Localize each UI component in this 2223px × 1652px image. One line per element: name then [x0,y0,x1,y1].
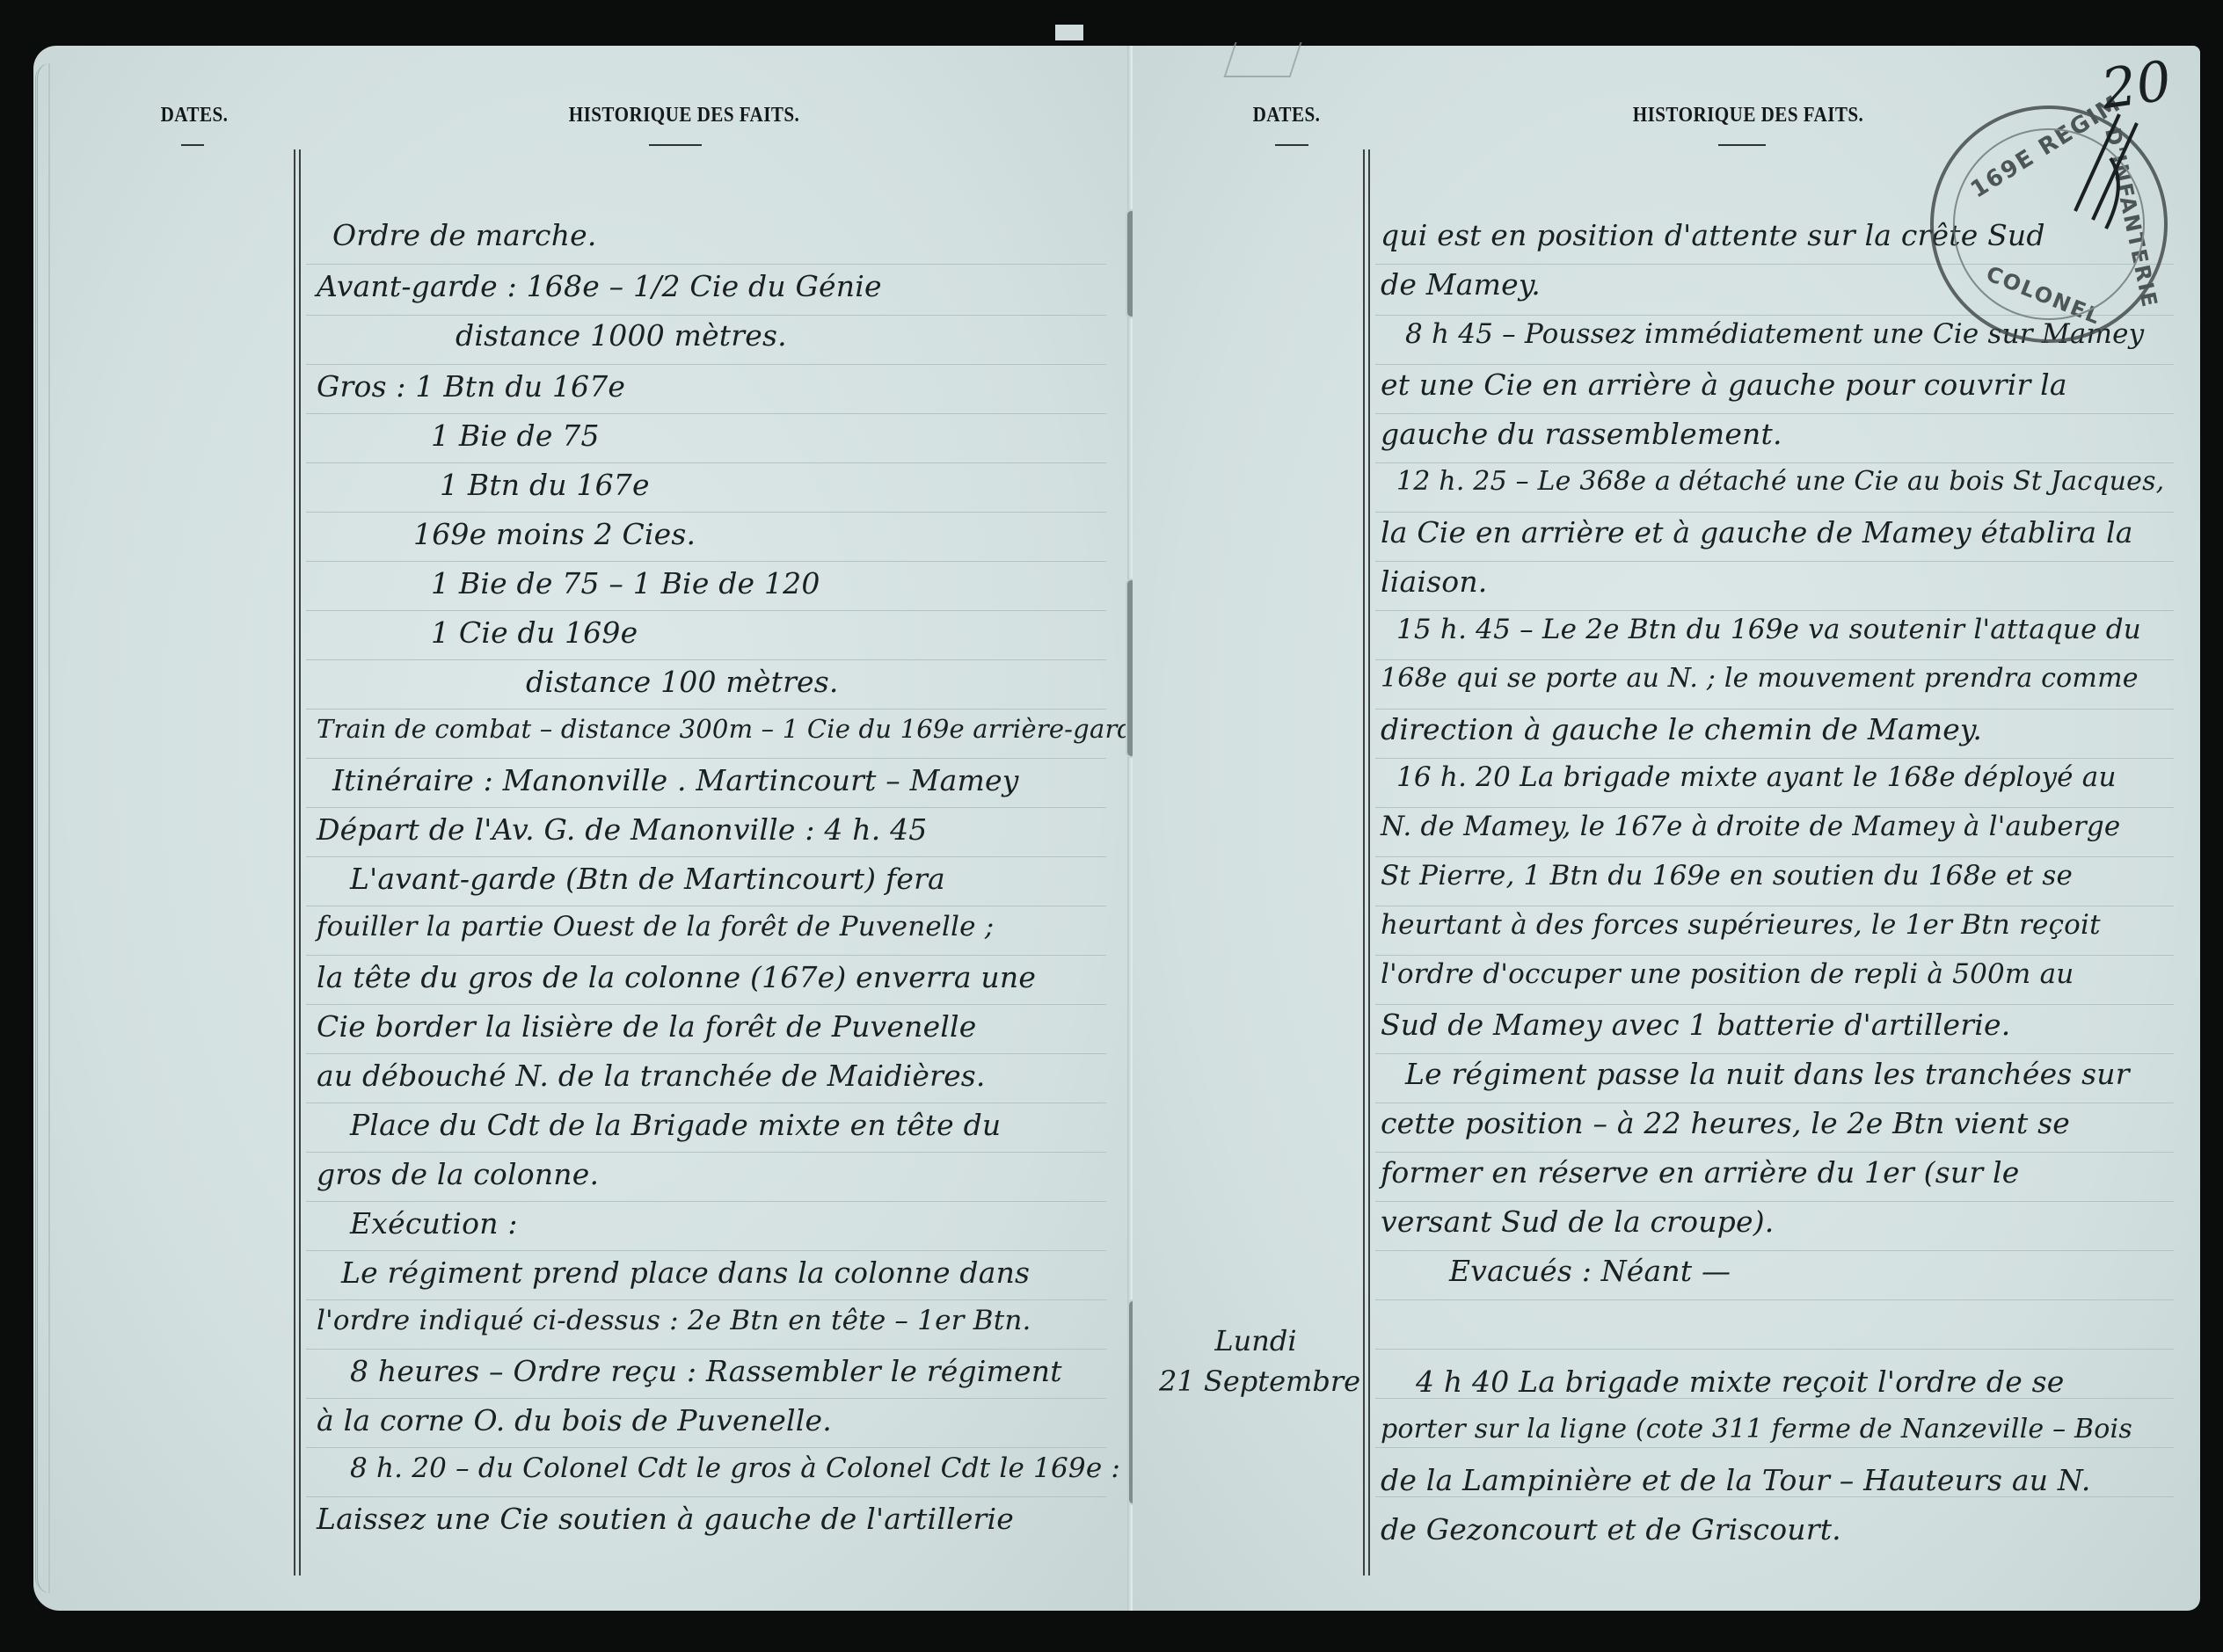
entry-line: à la corne O. du bois de Puvenelle. [317,1403,832,1437]
entry-line: Départ de l'Av. G. de Manonville : 4 h. … [317,812,927,847]
ruled-line [306,1103,1106,1103]
entry-line: gros de la colonne. [317,1157,599,1191]
entry-line: Avant-garde : 168e – 1/2 Cie du Génie [317,269,882,303]
ruled-line [306,1250,1106,1251]
entry-line: Le régiment passe la nuit dans les tranc… [1405,1057,2130,1091]
entry-line: et une Cie en arrière à gauche pour couv… [1381,368,2067,402]
entry-line: la tête du gros de la colonne (167e) env… [317,960,1036,994]
ruled-line [306,709,1106,710]
entry-line: St Pierre, 1 Btn du 169e en soutien du 1… [1381,860,2073,891]
ruled-line [306,1398,1106,1399]
ruled-line [306,807,1106,808]
ruled-line [306,659,1106,660]
ruled-line [1375,364,2174,365]
entry-line: fouiller la partie Ouest de la forêt de … [317,911,994,942]
ruled-line [306,1496,1106,1497]
ruled-line [306,1053,1106,1054]
ruled-line [306,1004,1106,1005]
ruled-line [306,315,1106,316]
ruled-line [1375,1447,2174,1448]
entry-line: 169e moins 2 Cies. [413,517,696,551]
ruled-line [1375,856,2174,857]
entry-line: Exécution : [350,1206,518,1241]
tape-mark [1224,42,1302,77]
entry-line: L'avant-garde (Btn de Martincourt) fera [350,862,945,896]
entry-line: 4 h 40 La brigade mixte reçoit l'ordre d… [1416,1365,2064,1399]
historique-header: HISTORIQUE DES FAITS. [529,104,839,127]
ruled-line [1375,512,2174,513]
entry-line: 1 Cie du 169e [431,615,638,650]
entry-line: 1 Btn du 167e [440,468,650,502]
entry-line: N. de Mamey, le 167e à droite de Mamey à… [1381,811,2120,842]
entry-line: direction à gauche le chemin de Mamey. [1381,712,1982,746]
ruled-line [306,856,1106,857]
entry-line: 12 h. 25 – Le 368e a détaché une Cie au … [1396,466,2164,497]
entry-line: former en réserve en arrière du 1er (sur… [1381,1155,2019,1190]
entry-line: de Mamey. [1381,267,1541,302]
dates-header: DATES. [144,104,244,127]
ruled-line [1375,955,2174,956]
date-date: 21 Septembre [1159,1361,1352,1401]
ruled-line [306,364,1106,365]
entry-line: distance 1000 mètres. [456,318,787,353]
entry-line: de Gezoncourt et de Griscourt. [1381,1512,1841,1546]
entry-line: Place du Cdt de la Brigade mixte en tête… [350,1108,1001,1142]
entry-line: l'ordre indiqué ci-dessus : 2e Btn en tê… [317,1305,1031,1336]
ruled-line [1375,807,2174,808]
date-day: Lundi [1159,1321,1352,1361]
entry-line: cette position – à 22 heures, le 2e Btn … [1381,1106,2070,1140]
entry-line: Gros : 1 Btn du 167e [317,369,625,404]
dates-column-divider [294,149,301,1576]
entry-line: la Cie en arrière et à gauche de Mamey é… [1381,515,2133,549]
entry-line: 1 Bie de 75 – 1 Bie de 120 [431,566,820,600]
stamp-bottom-text: COLONEL [1983,261,2105,330]
entry-line: Le régiment prend place dans la colonne … [341,1255,1030,1290]
entry-line: 16 h. 20 La brigade mixte ayant le 168e … [1396,761,2117,793]
ruled-line [1375,1053,2174,1054]
entry-line: Train de combat – distance 300m – 1 Cie … [317,714,1149,744]
entry-line: l'ordre d'occuper une position de repli … [1381,958,2074,990]
signature-mark [2058,106,2154,237]
entry-line: gauche du rassemblement. [1381,417,1782,451]
entry-line: Cie border la lisière de la forêt de Puv… [317,1009,977,1044]
left-page: DATES. HISTORIQUE DES FAITS. Ordre de ma… [33,46,1133,1611]
entry-line: de la Lampinière et de la Tour – Hauteur… [1381,1463,2091,1497]
ruled-line [306,561,1106,562]
ruled-line [1375,1152,2174,1153]
ruled-line [306,512,1106,513]
historique-header: HISTORIQUE DES FAITS. [1593,104,1903,127]
ruled-line [306,264,1106,265]
ruled-line [306,906,1106,906]
historique-header-rule [649,144,702,146]
entry-line: liaison. [1381,564,1487,599]
ruled-line [1375,906,2174,906]
ruled-line [1375,709,2174,710]
ruled-line [1375,758,2174,759]
ruled-line [1375,1201,2174,1202]
ruled-line [1375,413,2174,414]
dates-column-divider [1363,149,1370,1576]
entry-line: 1 Bie de 75 [431,418,600,453]
entry-line: 8 h. 20 – du Colonel Cdt le gros à Colon… [350,1452,1120,1484]
entry-line: 8 heures – Ordre reçu : Rassembler le ré… [350,1354,1062,1388]
entry-line: Evacués : Néant — [1449,1254,1731,1288]
dates-header: DATES. [1236,104,1337,127]
entry-line: heurtant à des forces supérieures, le 1e… [1381,909,2101,941]
ruled-line [306,955,1106,956]
entry-line: Laissez une Cie soutien à gauche de l'ar… [317,1502,1014,1536]
ruled-line [1375,1004,2174,1005]
ruled-line [306,758,1106,759]
ruled-line [306,1447,1106,1448]
ruled-line [306,1299,1106,1300]
page-number: 20 [2097,48,2175,121]
entry-line: 15 h. 45 – Le 2e Btn du 169e va soutenir… [1396,614,2141,645]
entry-line: 168e qui se porte au N. ; le mouvement p… [1381,663,2139,694]
historique-header-rule [1718,144,1766,146]
ruled-line [306,462,1106,463]
ruled-line [306,413,1106,414]
ruled-line [1375,610,2174,611]
date-entry: Lundi 21 Septembre [1159,1321,1352,1401]
entry-line: versant Sud de la croupe). [1381,1204,1775,1239]
dates-header-rule [1275,144,1308,146]
ruled-line [1375,462,2174,463]
dates-header-rule [181,144,204,146]
entry-line: Itinéraire : Manonville . Martincourt – … [332,763,1019,797]
entry-line: porter sur la ligne (cote 311 ferme de N… [1381,1414,2132,1445]
entry-line: au débouché N. de la tranchée de Maidièr… [317,1059,986,1093]
ruled-line [1375,1103,2174,1103]
ruled-line [306,1201,1106,1202]
binding-tab [1055,25,1083,40]
ruled-line [1375,1250,2174,1251]
ruled-line [306,1349,1106,1350]
ruled-line [1375,1349,2174,1350]
ruled-line [1375,659,2174,660]
entry-line: Sud de Mamey avec 1 batterie d'artilleri… [1381,1008,2010,1042]
ruled-line [306,610,1106,611]
ruled-line [1375,561,2174,562]
entry-line: distance 100 mètres. [526,665,839,699]
ruled-line [1375,1299,2174,1300]
entry-line: Ordre de marche. [332,218,597,252]
ruled-line [306,1152,1106,1153]
